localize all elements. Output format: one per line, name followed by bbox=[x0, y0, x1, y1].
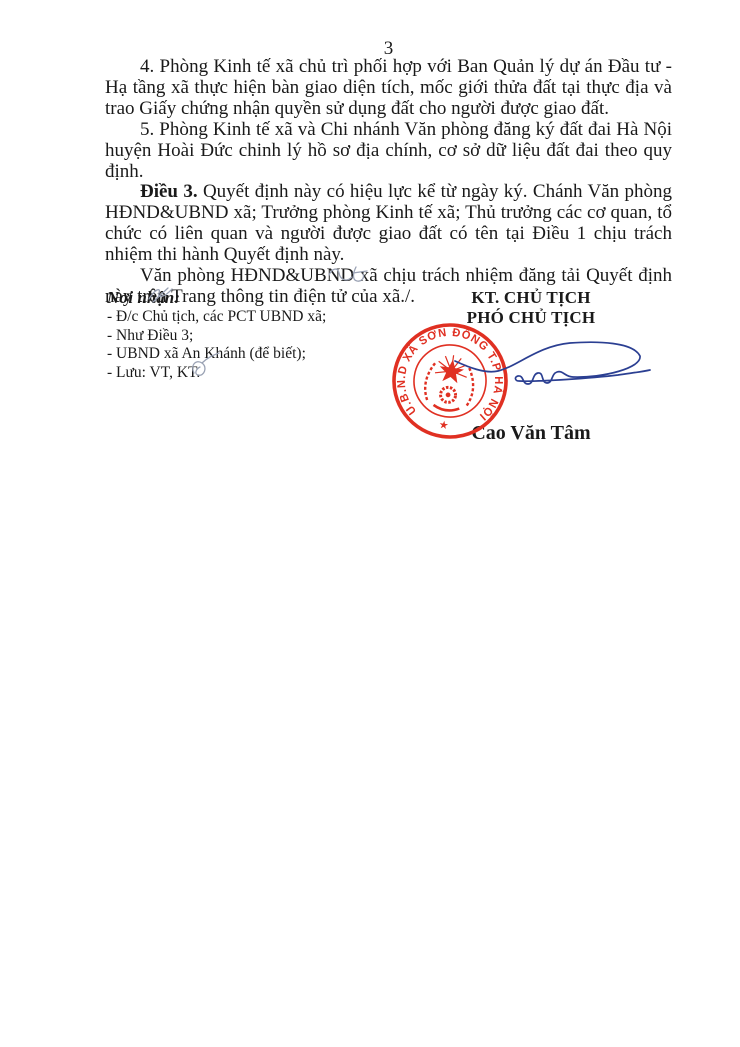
paragraph-dieu-3: Điều 3. Quyết định này có hiệu lực kể từ… bbox=[105, 182, 672, 266]
signer-title-line1: KT. CHỦ TỊCH bbox=[425, 288, 637, 308]
paragraph-lead: Điều 3. bbox=[140, 181, 198, 202]
seal-star-glyph: ★ bbox=[438, 419, 450, 432]
paragraph-4: 4. Phòng Kinh tế xã chủ trì phối hợp với… bbox=[105, 57, 672, 120]
pen-initial-mark-icon bbox=[326, 261, 374, 293]
recipient-item: - Đ/c Chủ tịch, các PCT UBND xã; bbox=[107, 308, 397, 327]
paragraph-5: 5. Phòng Kinh tế xã và Chi nhánh Văn phò… bbox=[105, 120, 672, 183]
recipient-item: - Lưu: VT, KT. bbox=[107, 364, 397, 383]
document-body: 4. Phòng Kinh tế xã chủ trì phối hợp với… bbox=[105, 57, 672, 308]
paragraph-text: 4. Phòng Kinh tế xã chủ trì phối hợp với… bbox=[105, 56, 672, 119]
paragraph-text: 5. Phòng Kinh tế xã và Chi nhánh Văn phò… bbox=[105, 119, 672, 182]
recipient-item: - Như Điều 3; bbox=[107, 327, 397, 346]
pen-initial-mark-icon bbox=[145, 285, 177, 305]
pen-initial-mark-icon bbox=[186, 351, 222, 383]
recipient-item: - UBND xã An Khánh (để biết); bbox=[107, 345, 397, 364]
signature-scribble-icon bbox=[443, 334, 653, 396]
document-page: 3 4. Phòng Kinh tế xã chủ trì phối hợp v… bbox=[0, 0, 740, 1047]
